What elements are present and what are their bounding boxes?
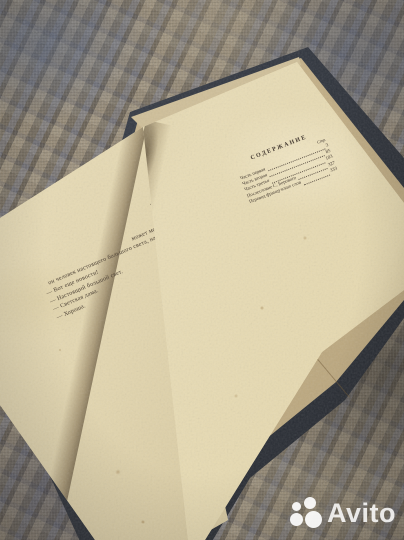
- watermark-brand-text: Avito: [327, 498, 396, 529]
- avito-watermark: Avito: [290, 496, 396, 530]
- table-of-contents: СОДЕРЖАНИЕ Стр. Часть первая 3 Часть вто…: [234, 128, 339, 206]
- avito-logo-icon: [290, 496, 323, 530]
- toc-entry-page: 333: [330, 167, 339, 176]
- photo-of-open-book: …й фрак. ними. м. может меня убивает. он…: [0, 0, 404, 540]
